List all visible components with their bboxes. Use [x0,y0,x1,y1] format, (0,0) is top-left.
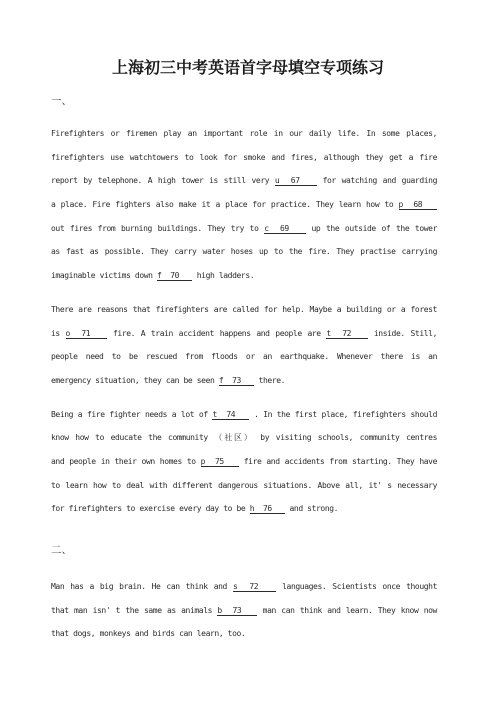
text-line: out fires from burning buildings. They t… [51,217,437,241]
text-line: a place. Fire fighters also make it a pl… [51,193,437,217]
section: 一、Firefighters or firemen play an import… [51,94,437,521]
text-line: Firefighters or firemen play an importan… [51,122,437,146]
fill-blank: u 67 [275,176,317,186]
section-label: 二、 [51,543,437,557]
text-line: is o 71 fire. A train accident happens a… [51,322,437,346]
text-line: report by telephone. A high tower is sti… [51,169,437,193]
section-label: 一、 [51,94,437,108]
paragraph: Firefighters or firemen play an importan… [51,122,437,288]
fill-blank: f 73 [219,376,254,386]
document-page: 上海初三中考英语首字母填空专项练习 一、Firefighters or fire… [0,0,496,702]
text-line: for firefighters to exercise every day t… [51,497,437,521]
fill-blank: s 72 [233,582,276,592]
text-line: people need to be rescued from floods or… [51,345,437,369]
text-line: Being a fire fighter needs a lot of t 74… [51,403,437,427]
fill-blank: o 71 [66,329,108,339]
text-line: that dogs, monkeys and birds can learn, … [51,622,437,646]
text-line: know how to educate the community （社区） b… [51,426,437,450]
paragraph: There are reasons that firefighters are … [51,298,437,393]
text-line: Man has a big brain. He can think and s … [51,575,437,599]
page-title: 上海初三中考英语首字母填空专项练习 [0,56,496,80]
text-line: as fast as possible. They carry water ho… [51,240,437,264]
fill-blank: p 75 [201,457,239,467]
document-body: 一、Firefighters or firemen play an import… [51,94,437,646]
text-line: firefighters use watchtowers to look for… [51,146,437,170]
text-line: emergency situation, they can be seen f … [51,369,437,393]
fill-blank: h 76 [250,504,285,514]
text-line: imaginable victims down f 70 high ladder… [51,264,437,288]
paragraph: Man has a big brain. He can think and s … [51,575,437,646]
fill-blank: b 73 [217,606,257,616]
text-line: There are reasons that firefighters are … [51,298,437,322]
fill-blank: c 69 [264,224,306,234]
fill-blank: f 70 [157,271,192,281]
text-line: that man isn' t the same as animals b 73… [51,599,437,623]
text-line: and people in their own homes to p 75 fi… [51,450,437,474]
section: 二、Man has a big brain. He can think and … [51,543,437,646]
fill-blank: t 74 [212,410,249,420]
fill-blank: t 72 [326,329,368,339]
fill-blank: p 68 [399,200,438,210]
paragraph: Being a fire fighter needs a lot of t 74… [51,403,437,521]
text-line: to learn how to deal with different dang… [51,474,437,498]
